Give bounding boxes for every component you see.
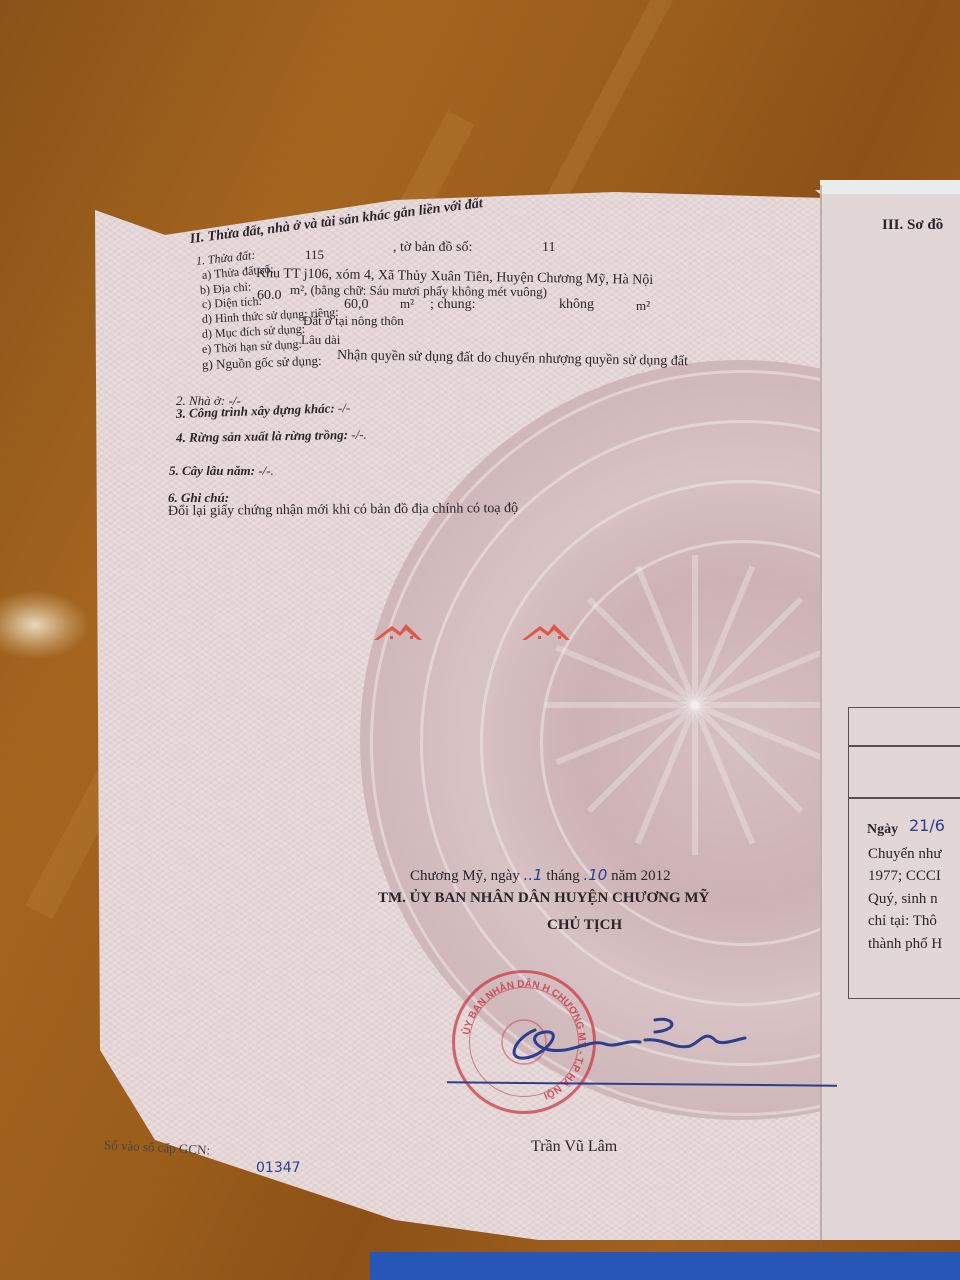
change-date-value: 21/6 bbox=[909, 816, 945, 835]
other-construction-value: -/- bbox=[338, 400, 351, 415]
issue-month: .10 bbox=[583, 866, 607, 884]
map-sheet-number: 11 bbox=[542, 240, 555, 256]
term-value: Lâu dài bbox=[301, 332, 340, 348]
registry-number: 01347 bbox=[256, 1160, 301, 1176]
page-edge bbox=[820, 180, 960, 194]
forest-value: -/-. bbox=[351, 427, 367, 442]
private-area-unit: m² bbox=[400, 296, 414, 312]
item5-label: 5. Cây lâu năm: -/-. bbox=[169, 463, 274, 479]
place-date: Chương Mỹ, ngày ..1 tháng .10 năm 2012 bbox=[410, 866, 671, 885]
shared-area-label: ; chung: bbox=[430, 297, 476, 313]
diagram-table-divider bbox=[848, 745, 960, 747]
note-text: Đổi lại giấy chứng nhận mới khi có bản đ… bbox=[168, 501, 518, 520]
purpose-value: Đất ở tại nông thôn bbox=[303, 313, 404, 329]
parcel-number: 115 bbox=[305, 247, 324, 263]
handwritten-signature bbox=[505, 1010, 785, 1070]
shared-area-unit: m² bbox=[636, 298, 650, 314]
area-in-words: m², (bằng chữ: Sáu mươi phẩy không mét v… bbox=[290, 282, 547, 300]
place-date-prefix: Chương Mỹ, ngày bbox=[410, 868, 520, 884]
light-glare bbox=[0, 590, 90, 660]
change-line: chỉ tại: Thô bbox=[868, 913, 937, 930]
item4-label: 4. Rừng sản xuất là rừng trồng: -/-. bbox=[176, 427, 367, 446]
signer-position: CHỦ TỊCH bbox=[547, 917, 622, 934]
house-roof-icon bbox=[520, 620, 572, 646]
forest-label: 4. Rừng sản xuất là rừng trồng: bbox=[176, 427, 348, 445]
issue-day: ..1 bbox=[524, 866, 543, 884]
perennial-value: -/-. bbox=[258, 463, 274, 478]
month-label: tháng bbox=[546, 868, 579, 884]
change-line: Quý, sinh n bbox=[868, 891, 938, 908]
area-value: 60.0 bbox=[257, 288, 282, 304]
page-fold bbox=[820, 185, 822, 1255]
blue-object bbox=[370, 1252, 960, 1280]
change-line: Chuyển như bbox=[868, 846, 942, 863]
signer-name: Trần Vũ Lâm bbox=[531, 1138, 617, 1156]
private-area: 60,0 bbox=[344, 297, 369, 313]
map-sheet-label: , tờ bản đồ số: bbox=[393, 240, 472, 256]
change-line: thành phố H bbox=[868, 936, 942, 953]
change-date-label: Ngày bbox=[867, 822, 898, 838]
perennial-label: 5. Cây lâu năm: bbox=[169, 463, 255, 478]
change-line: 1977; CCCI bbox=[868, 868, 941, 885]
year-label: năm 2012 bbox=[611, 868, 671, 884]
diagram-table-divider bbox=[848, 797, 960, 799]
shared-area: không bbox=[559, 297, 594, 313]
issuing-authority: TM. ỦY BAN NHÂN DÂN HUYỆN CHƯƠNG MỸ bbox=[378, 890, 709, 907]
section-iii-title: III. Sơ đồ bbox=[882, 217, 943, 234]
house-roof-icon bbox=[372, 620, 424, 646]
